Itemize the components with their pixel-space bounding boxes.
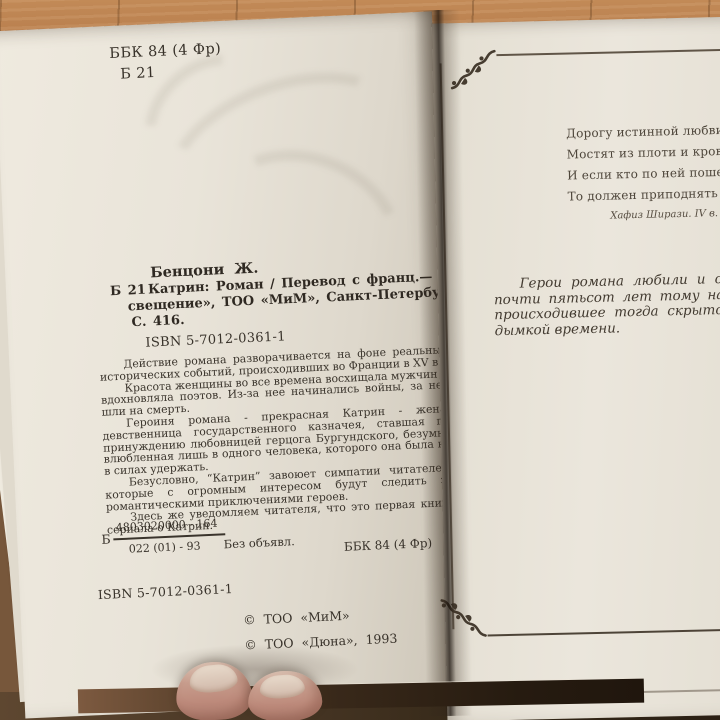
intro-text: Герои романа любили и страдали почти пят…: [493, 271, 720, 340]
epigraph: Дорогу истинной любви Мостят из плоти и …: [566, 119, 720, 207]
right-page: Дорогу истинной любви Мостят из плоти и …: [432, 16, 720, 720]
isbn-number: ISBN 5-7012-0361-1: [145, 329, 286, 350]
isbn-number: ISBN 5-7012-0361-1: [98, 581, 234, 602]
catalog-entry-line: С. 416.: [131, 313, 185, 330]
imprint-note: Без объявл.: [223, 534, 295, 551]
copyright-line: © ТОО «МиМ»: [243, 608, 350, 628]
epigraph-line: То должен приподнять подол.: [567, 182, 720, 207]
author-sign-code: Б 21: [120, 65, 156, 83]
frame-bottom-rule: [488, 628, 720, 636]
photo-open-book: ББК 84 (4 Фр) Б 21 Бенцони Ж. Б 21 Катри…: [0, 0, 720, 720]
imprint-prefix: Б: [101, 531, 111, 546]
intro-paragraph: Герои романа любили и страдали почти пят…: [493, 271, 720, 340]
epigraph-attribution: Хафиз Ширази. IV в.: [556, 208, 718, 223]
imprint-bbk-code: ББК 84 (4 Фр): [344, 536, 433, 554]
catalog-entry-code: Б 21: [110, 283, 146, 300]
left-page: ББК 84 (4 Фр) Б 21 Бенцони Ж. Б 21 Катри…: [0, 11, 463, 718]
fingernail: [188, 663, 239, 695]
corner-flourish-icon: [448, 48, 497, 97]
fingernail: [259, 674, 305, 700]
imprint-denominator: 022 (01) - 93: [129, 539, 201, 555]
frame-top-rule: [496, 47, 720, 55]
corner-flourish-icon: [439, 590, 488, 639]
annotation-text: Действие романа разворачивается на фоне …: [99, 344, 455, 537]
